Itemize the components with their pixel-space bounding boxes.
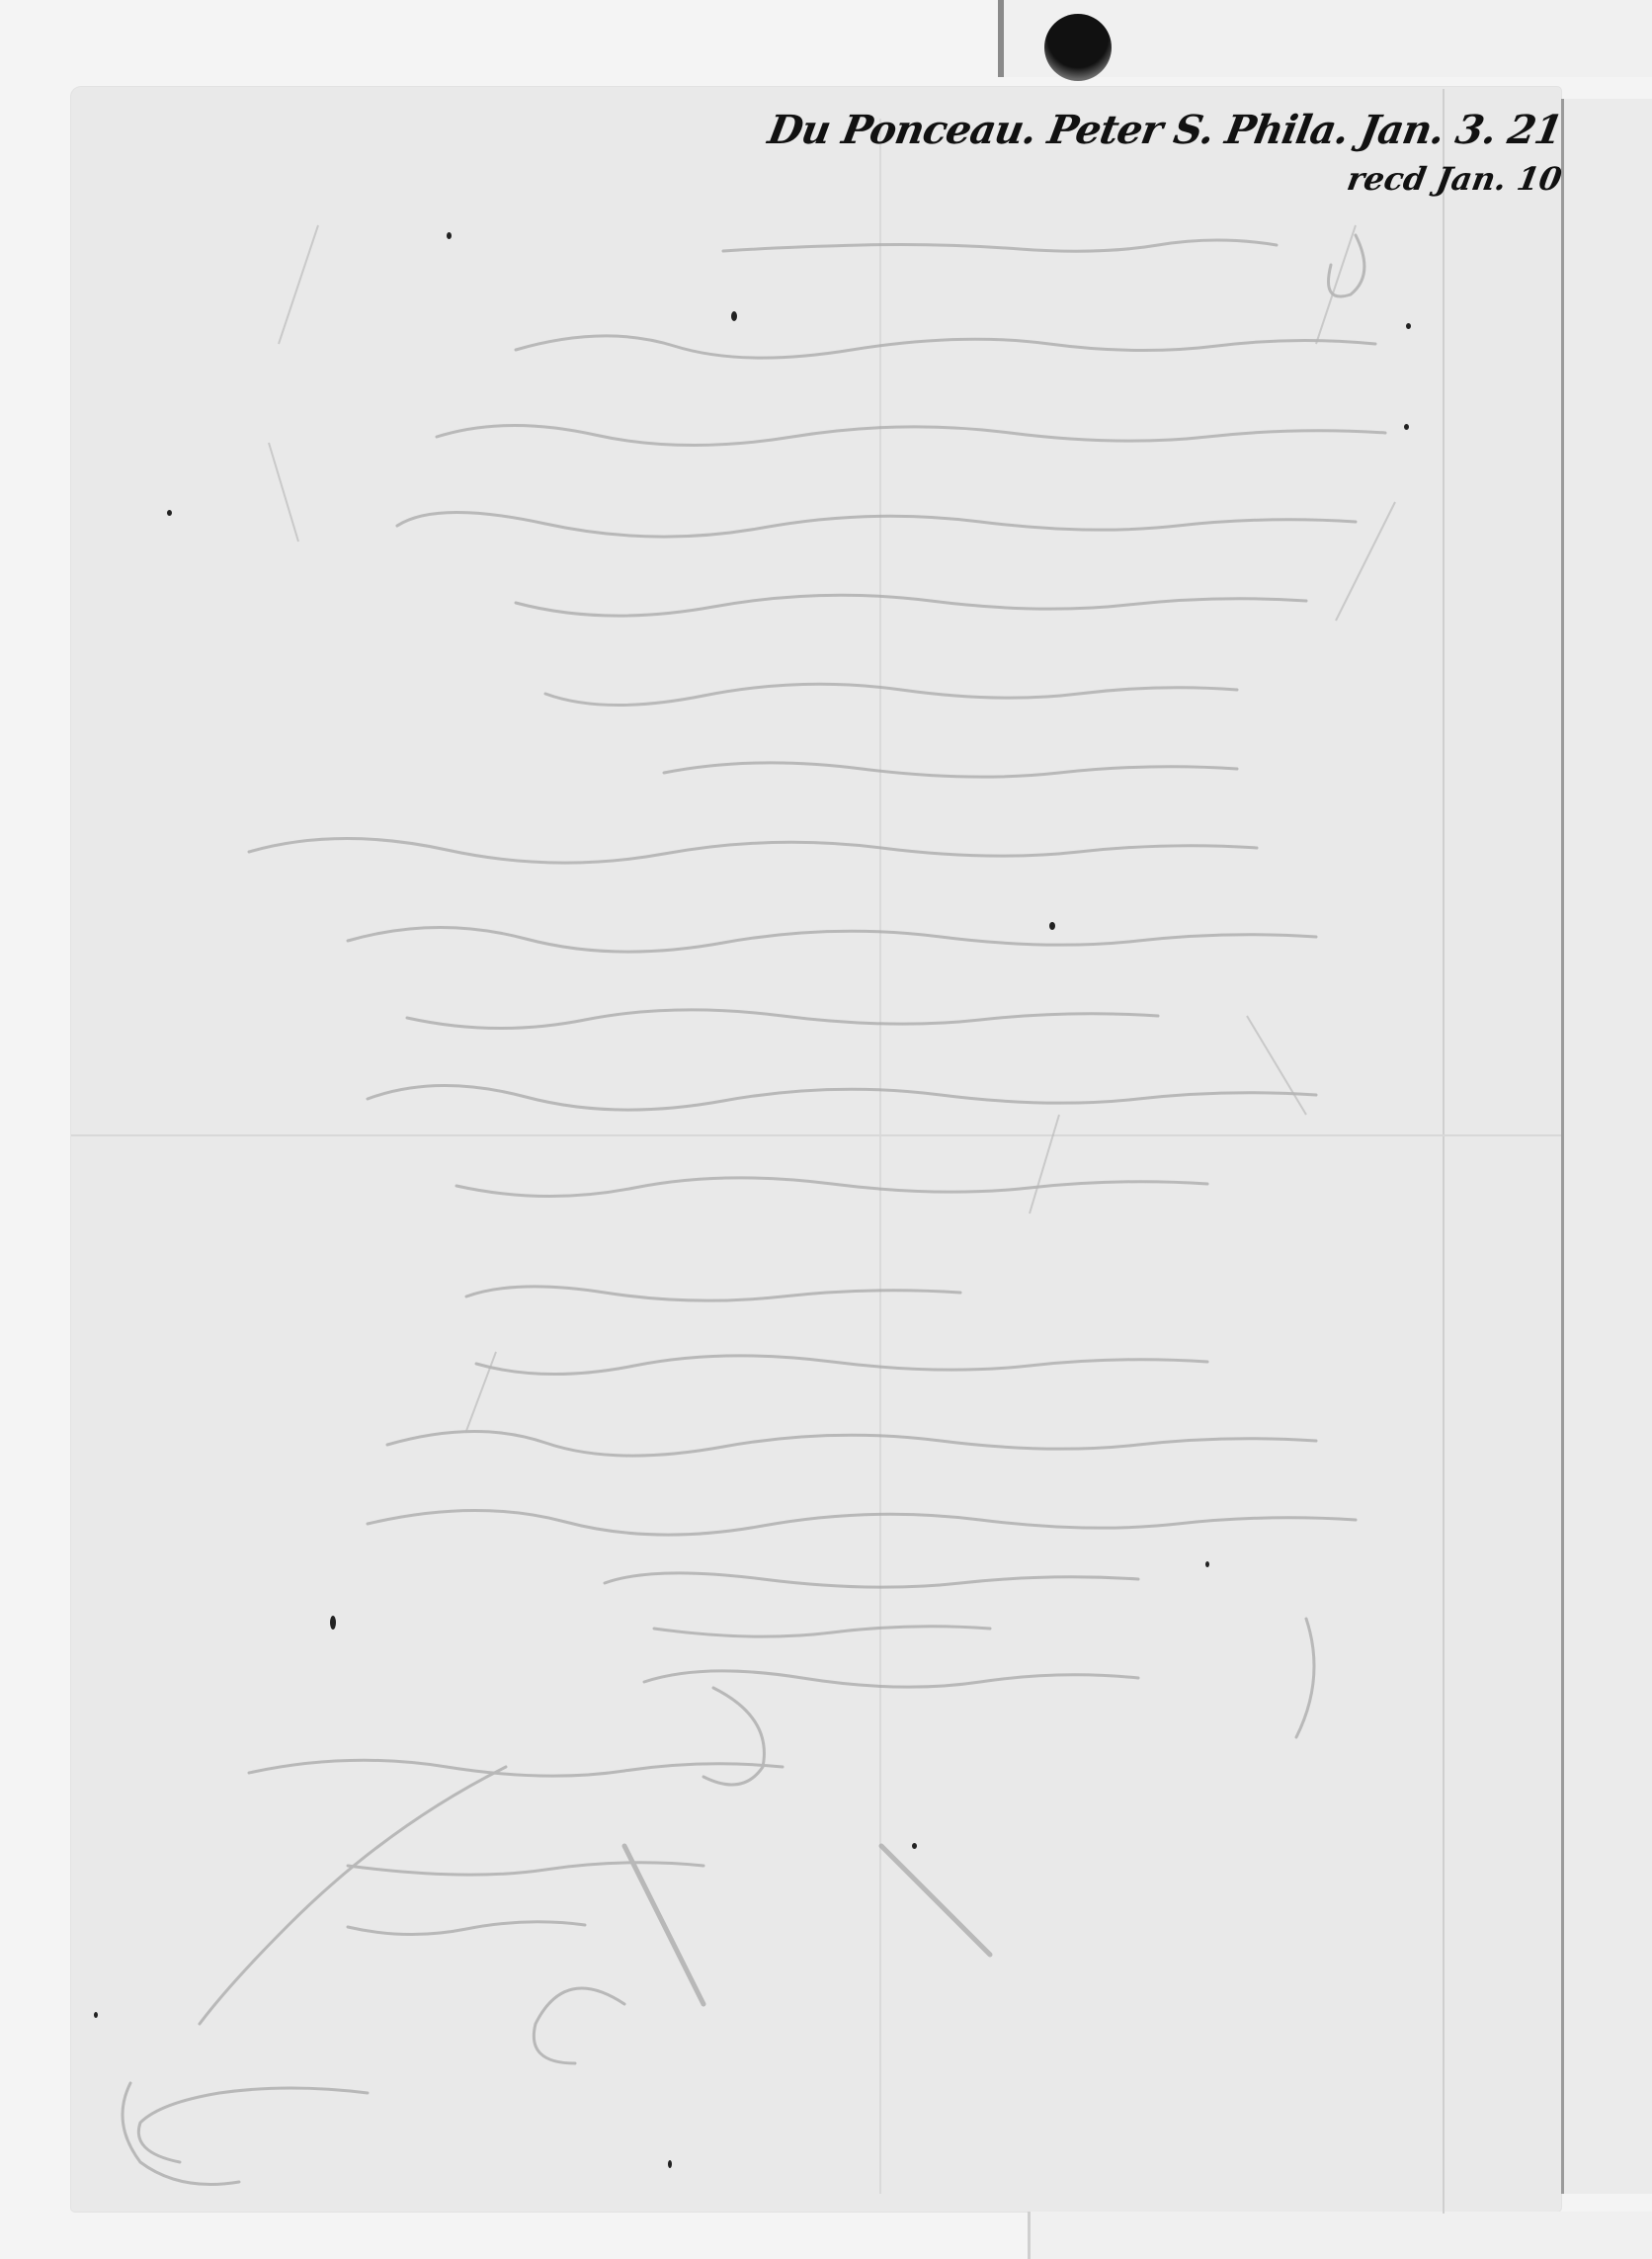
punch-hole-icon	[1044, 14, 1112, 81]
ink-speck	[1406, 323, 1411, 329]
archival-docket: Du Ponceau. Peter S. Phila. Jan. 3. 21 r…	[919, 99, 1571, 208]
bottom-paper-strip	[1028, 2212, 1652, 2259]
ink-speck	[912, 1843, 917, 1849]
ink-speck	[167, 510, 172, 516]
ink-speck	[330, 1616, 336, 1630]
manuscript-page	[71, 87, 1561, 2212]
vertical-fold-line-right	[1443, 89, 1445, 2214]
ink-speck	[1049, 922, 1055, 930]
ink-speck	[1404, 424, 1409, 430]
docket-received-date: recd Jan. 10	[1344, 160, 1564, 198]
ink-speck	[668, 2160, 672, 2168]
adjacent-leaf-edge	[1561, 99, 1652, 2194]
ink-speck	[94, 2012, 98, 2018]
ink-speck	[447, 232, 452, 239]
docket-correspondent-date: Du Ponceau. Peter S. Phila. Jan. 3. 21	[765, 107, 1566, 153]
ink-speck	[1205, 1561, 1209, 1567]
horizontal-fold-line	[71, 1134, 1561, 1136]
vertical-fold-line	[879, 119, 881, 2194]
ink-speck	[731, 311, 737, 321]
